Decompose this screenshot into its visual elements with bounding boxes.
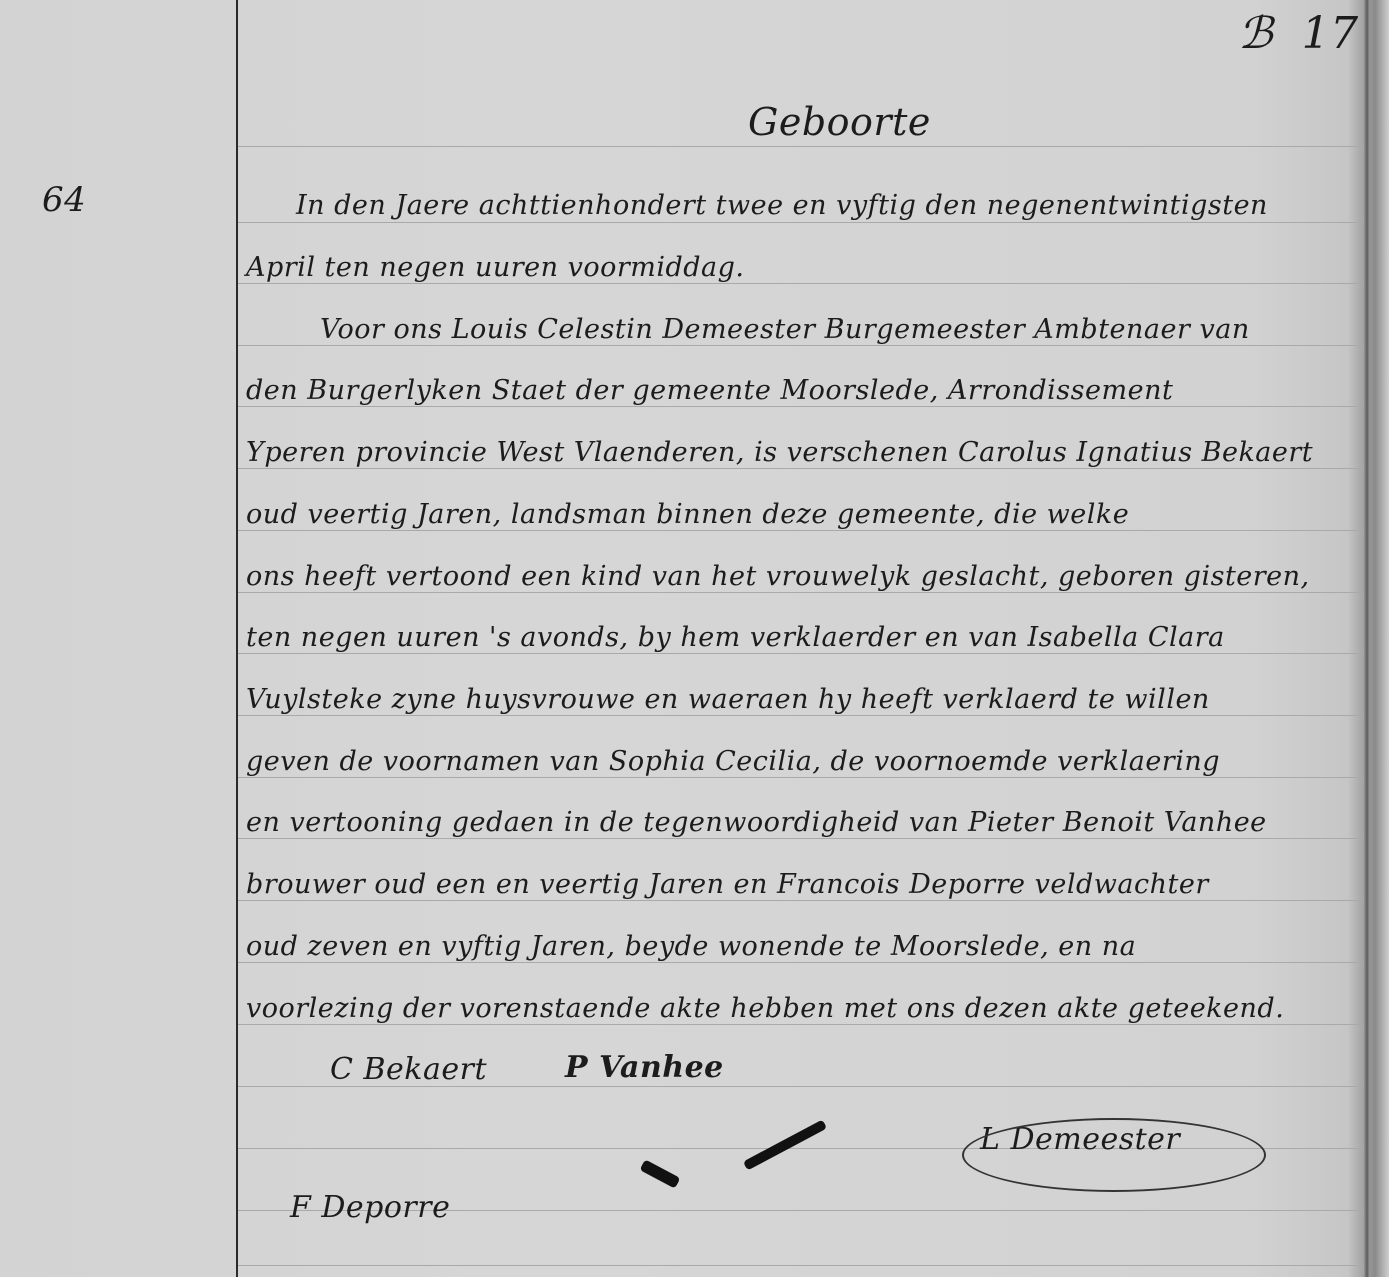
record-line: voorlezing der vorenstaende akte hebben … — [246, 993, 1284, 1024]
record-line: Voor ons Louis Celestin Demeester Burgem… — [320, 314, 1250, 345]
ruled-line — [238, 900, 1364, 901]
ruled-line — [238, 222, 1364, 223]
ruled-line — [238, 468, 1364, 469]
signature-witness-1: P Vanhee — [565, 1050, 724, 1085]
record-line: brouwer oud een en veertig Jaren en Fran… — [246, 869, 1209, 900]
record-line: In den Jaere achttienhondert twee en vyf… — [296, 190, 1268, 221]
record-line: en vertooning gedaen in de tegenwoordigh… — [246, 807, 1267, 838]
ruled-line — [238, 406, 1364, 407]
register-page: ℬ 17 64 Geboorte In den Jaere achttienho… — [0, 0, 1389, 1277]
ruled-line — [238, 962, 1364, 963]
record-line: Vuylsteke zyne huysvrouwe en waeraen hy … — [246, 684, 1210, 715]
folio-number: 17 — [1302, 8, 1359, 59]
record-line: ons heeft vertoond een kind van het vrou… — [246, 561, 1310, 592]
record-line: oud zeven en vyftig Jaren, beyde wonende… — [246, 931, 1136, 962]
ruled-line — [238, 530, 1364, 531]
record-line: geven de voornamen van Sophia Cecilia, d… — [246, 746, 1220, 777]
record-line: Yperen provincie West Vlaenderen, is ver… — [246, 437, 1313, 468]
record-line: April ten negen uuren voormiddag. — [246, 252, 745, 283]
ruled-line — [238, 1265, 1364, 1266]
pen-stroke — [640, 1159, 681, 1188]
pen-stroke — [743, 1119, 827, 1170]
folio-mark: ℬ 17 — [1238, 8, 1359, 59]
record-line: ten negen uuren 's avonds, by hem verkla… — [246, 622, 1225, 653]
signature-witness-2: F Deporre — [290, 1190, 450, 1225]
ruled-line — [238, 146, 1364, 147]
record-heading: Geboorte — [748, 100, 931, 144]
page-binding-edge — [1364, 0, 1370, 1277]
ruled-line — [238, 1024, 1364, 1025]
folio-letter: ℬ — [1238, 8, 1273, 59]
record-line: den Burgerlyken Staet der gemeente Moors… — [246, 375, 1173, 406]
ruled-line — [238, 653, 1364, 654]
entry-number: 64 — [42, 180, 86, 220]
ruled-line — [238, 715, 1364, 716]
ruled-line — [238, 777, 1364, 778]
signature-flourish — [962, 1118, 1266, 1192]
signature-declarant: C Bekaert — [330, 1052, 487, 1087]
record-line: oud veertig Jaren, landsman binnen deze … — [246, 499, 1129, 530]
ruled-line — [238, 283, 1364, 284]
ruled-line — [238, 838, 1364, 839]
ruled-line — [238, 592, 1364, 593]
ruled-line — [238, 345, 1364, 346]
